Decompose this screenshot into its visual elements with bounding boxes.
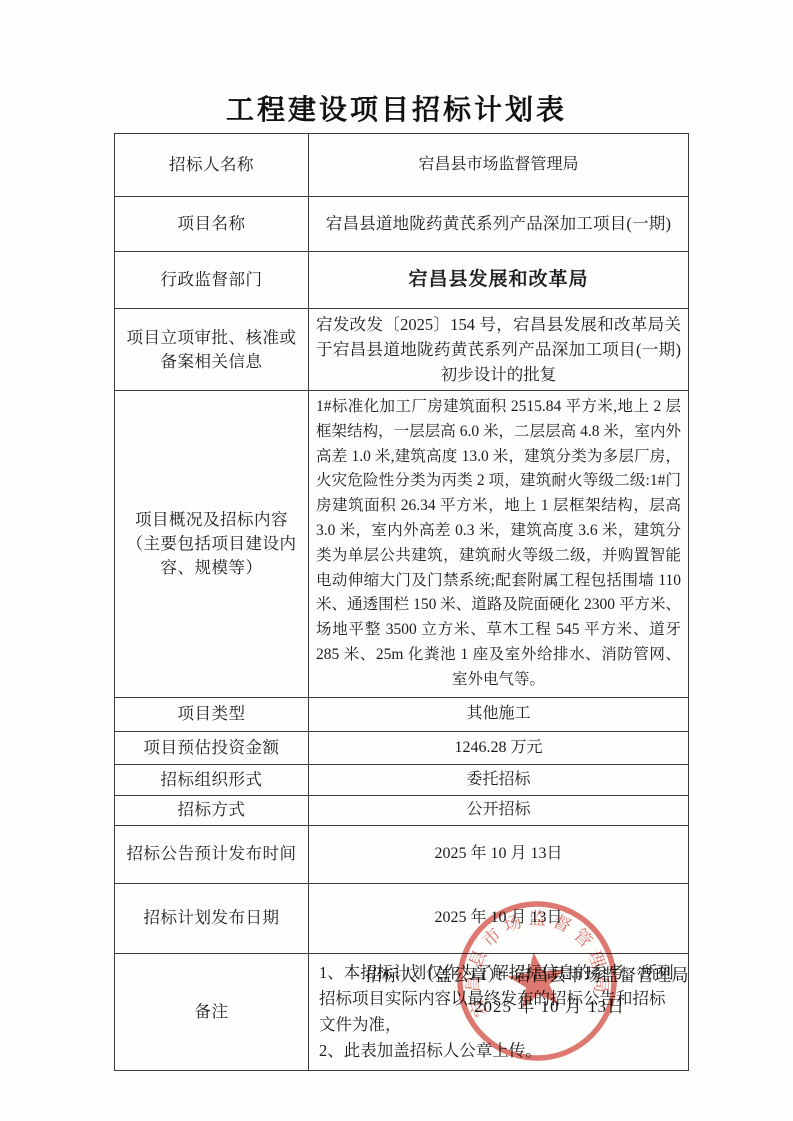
row-label: 项目类型 bbox=[115, 697, 309, 731]
table-row: 项目类型 其他施工 bbox=[115, 697, 689, 731]
table-row: 项目预估投资金额 1246.28 万元 bbox=[115, 731, 689, 764]
row-label: 项目立项审批、核准或备案相关信息 bbox=[115, 309, 309, 391]
footer-date: 2025 年 10 月 13日 bbox=[474, 992, 625, 1017]
row-value: 宕发改发〔2025〕154 号，宕昌县发展和改革局关于宕昌县道地陇药黄芪系列产品… bbox=[309, 309, 689, 391]
row-label: 招标公告预计发布时间 bbox=[115, 825, 309, 883]
row-value: 委托招标 bbox=[309, 764, 689, 795]
row-value: 1#标准化加工厂房建筑面积 2515.84 平方米,地上 2 层框架结构，一层层… bbox=[309, 391, 689, 698]
row-label: 招标人名称 bbox=[115, 134, 309, 197]
table-row: 项目名称 宕昌县道地陇药黄芪系列产品深加工项目(一期) bbox=[115, 197, 689, 252]
table-row: 行政监督部门 宕昌县发展和改革局 bbox=[115, 252, 689, 309]
bidder-seal-line: 招标人（盖公章）：宕昌县市场监督管理局 bbox=[365, 961, 689, 986]
row-label: 招标计划发布日期 bbox=[115, 883, 309, 953]
bidding-plan-table: 招标人名称 宕昌县市场监督管理局 项目名称 宕昌县道地陇药黄芪系列产品深加工项目… bbox=[114, 133, 689, 1071]
row-label: 项目名称 bbox=[115, 197, 309, 252]
row-value: 宕昌县发展和改革局 bbox=[309, 252, 689, 309]
row-value: 1246.28 万元 bbox=[309, 731, 689, 764]
scanned-document-page: 工程建设项目招标计划表 招标人名称 宕昌县市场监督管理局 项目名称 宕昌县道地陇… bbox=[0, 0, 793, 1121]
row-value: 宕昌县道地陇药黄芪系列产品深加工项目(一期) bbox=[309, 197, 689, 252]
row-label: 项目预估投资金额 bbox=[115, 731, 309, 764]
table-row: 招标计划发布日期 2025 年 10 月 13日 bbox=[115, 883, 689, 953]
table-row: 招标公告预计发布时间 2025 年 10 月 13日 bbox=[115, 825, 689, 883]
row-label: 招标方式 bbox=[115, 795, 309, 825]
row-label: 备注 bbox=[115, 953, 309, 1070]
row-value: 宕昌县市场监督管理局 bbox=[309, 134, 689, 197]
table-row: 招标人名称 宕昌县市场监督管理局 bbox=[115, 134, 689, 197]
row-label: 招标组织形式 bbox=[115, 764, 309, 795]
row-value: 2025 年 10 月 13日 bbox=[309, 825, 689, 883]
page-title: 工程建设项目招标计划表 bbox=[0, 88, 793, 128]
remark-line-2: 2、此表加盖招标人公章上传。 bbox=[319, 1038, 678, 1064]
table-row: 招标方式 公开招标 bbox=[115, 795, 689, 825]
row-value: 其他施工 bbox=[309, 697, 689, 731]
row-label: 项目概况及招标内容（主要包括项目建设内容、规模等） bbox=[115, 391, 309, 698]
row-value: 2025 年 10 月 13日 bbox=[309, 883, 689, 953]
table-row: 项目立项审批、核准或备案相关信息 宕发改发〔2025〕154 号，宕昌县发展和改… bbox=[115, 309, 689, 391]
table-row: 招标组织形式 委托招标 bbox=[115, 764, 689, 795]
table-row: 项目概况及招标内容（主要包括项目建设内容、规模等） 1#标准化加工厂房建筑面积 … bbox=[115, 391, 689, 698]
row-label: 行政监督部门 bbox=[115, 252, 309, 309]
row-value: 公开招标 bbox=[309, 795, 689, 825]
